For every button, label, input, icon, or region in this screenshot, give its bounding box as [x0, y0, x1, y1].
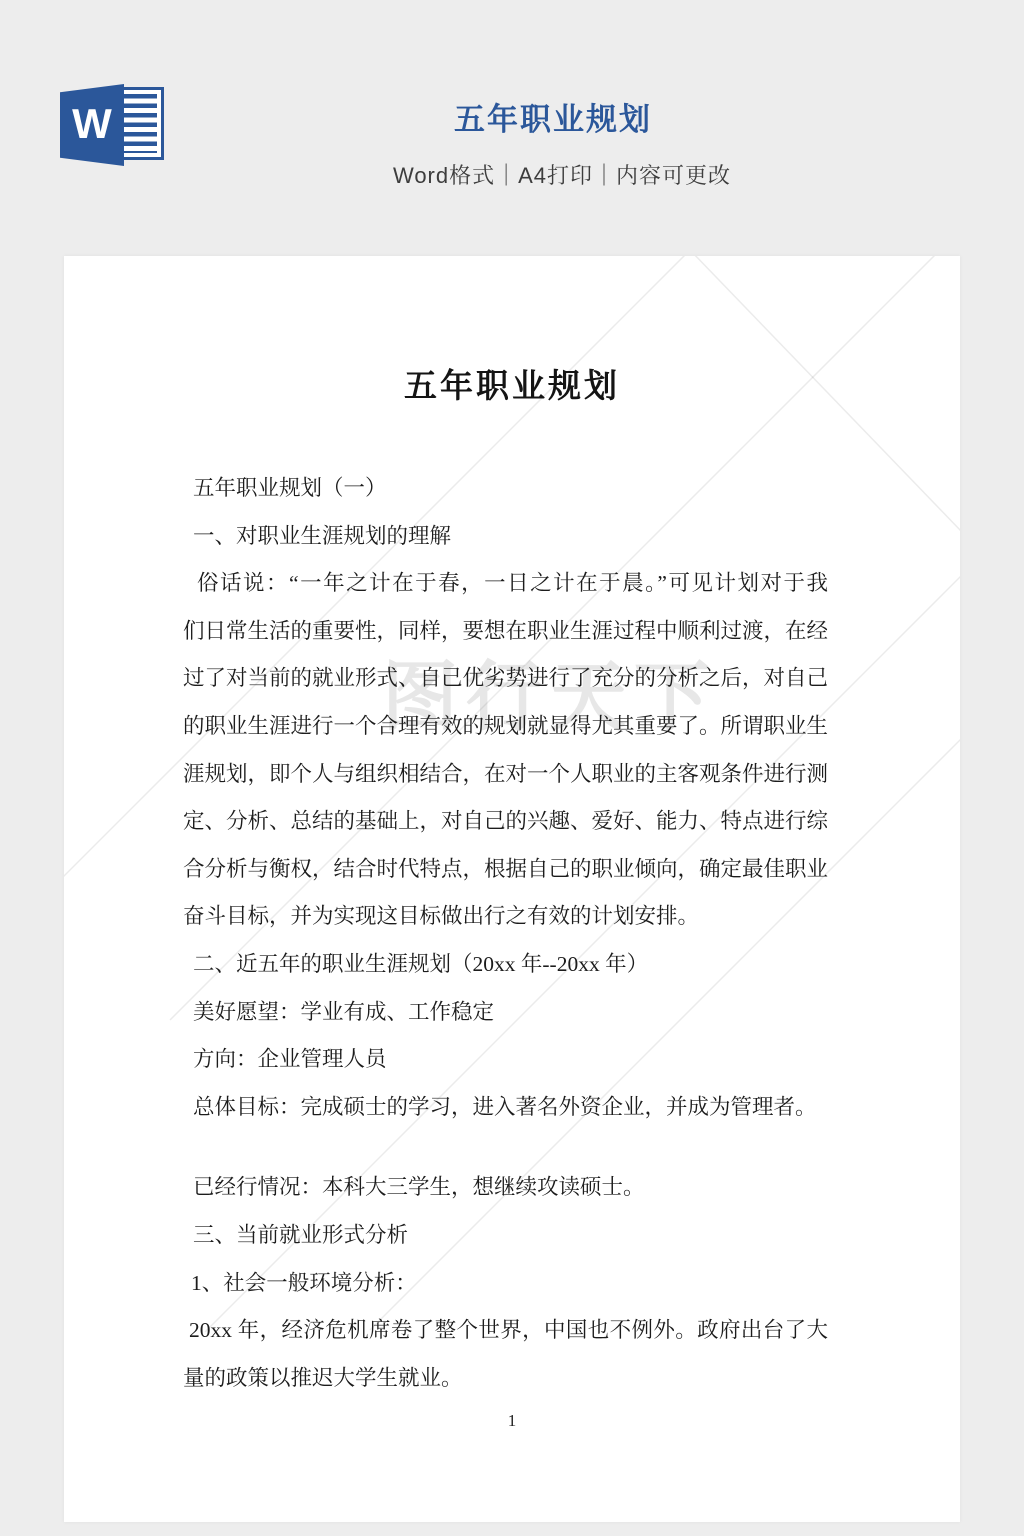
document-line: 已经行情况：本科大三学生，想继续攻读硕士。 [183, 1164, 828, 1212]
document-body: 五年职业规划（一）一、对职业生涯规划的理解俗话说：“一年之计在于春，一日之计在于… [183, 465, 828, 1402]
document-line: 量的政策以推迟大学生就业。 [183, 1355, 828, 1403]
document-line: 合分析与衡权，结合时代特点，根据自己的职业倾向，确定最佳职业 [183, 846, 828, 894]
document-line: 1、社会一般环境分析： [183, 1260, 828, 1308]
document-line: 20xx 年，经济危机席卷了整个世界，中国也不例外。政府出台了大 [183, 1307, 828, 1355]
document-line: 三、当前就业形式分析 [183, 1212, 828, 1260]
template-subtitle: Word格式｜A4打印｜内容可更改 [0, 159, 1024, 190]
document-line: 一、对职业生涯规划的理解 [183, 513, 828, 561]
document-line: 的职业生涯进行一个合理有效的规划就显得尤其重要了。所谓职业生 [183, 703, 828, 751]
document-line: 总体目标：完成硕士的学习，进入著名外资企业，并成为管理者。 [183, 1084, 828, 1132]
document-line: 俗话说：“一年之计在于春，一日之计在于晨。”可见计划对于我 [183, 560, 828, 608]
document-line: 美好愿望：学业有成、工作稳定 [183, 989, 828, 1037]
document-line: 五年职业规划（一） [183, 465, 828, 513]
document-line: 二、近五年的职业生涯规划（20xx 年--20xx 年） [183, 941, 828, 989]
document-line: 方向：企业管理人员 [183, 1036, 828, 1084]
page-number: 1 [64, 1411, 960, 1431]
document-title: 五年职业规划 [64, 360, 960, 407]
template-title: 五年职业规划 [0, 94, 1024, 139]
document-line: 奋斗目标，并为实现这目标做出行之有效的计划安排。 [183, 893, 828, 941]
document-line: 涯规划，即个人与组织相结合，在对一个人职业的主客观条件进行测 [183, 751, 828, 799]
blank-line [183, 1131, 828, 1164]
document-line: 过了对当前的就业形式、自己优劣势进行了充分的分析之后，对自己 [183, 655, 828, 703]
document-line: 定、分析、总结的基础上，对自己的兴趣、爱好、能力、特点进行综 [183, 798, 828, 846]
document-page: 图行天下 五年职业规划 五年职业规划（一）一、对职业生涯规划的理解俗话说：“一年… [64, 256, 960, 1522]
screenshot-root: W 五年职业规划 Word格式｜A4打印｜内容可更改 图行天下 五年职业规划 五… [0, 0, 1024, 1536]
document-line: 们日常生活的重要性，同样，要想在职业生涯过程中顺利过渡，在经 [183, 608, 828, 656]
